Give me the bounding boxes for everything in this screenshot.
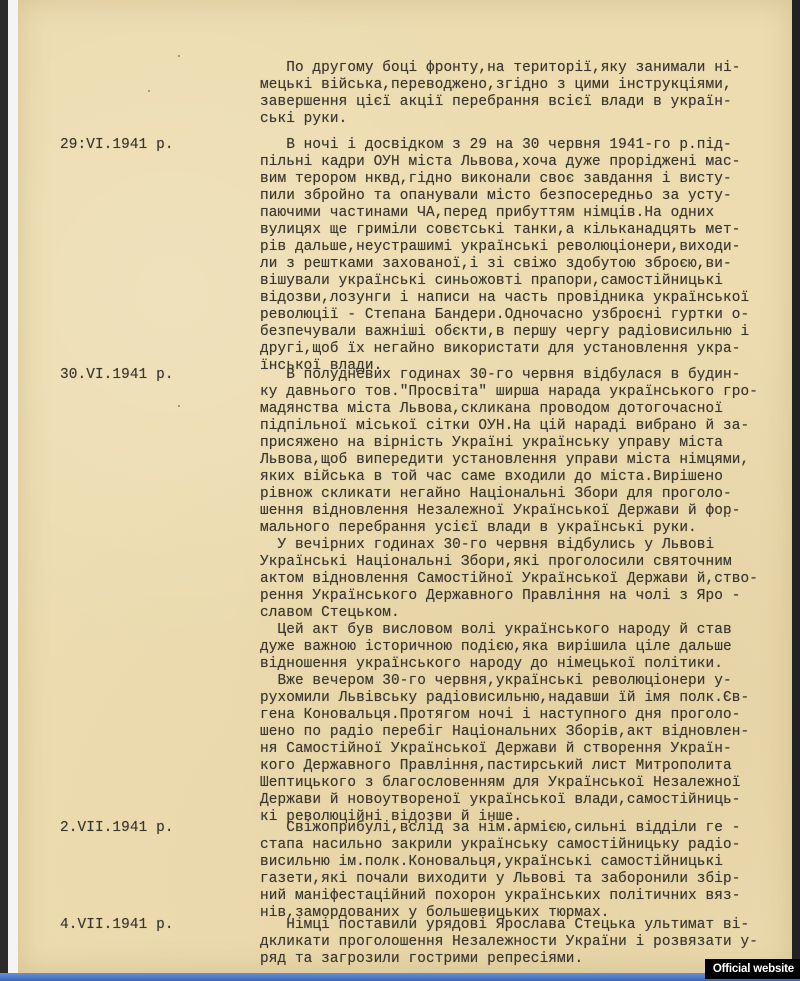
text-line: стапа насильно закрили українську самост… [260,837,790,854]
left-frame-border [0,0,8,975]
text-line: шено по радіо перебіг Національних Зборі… [260,724,790,741]
text-line: дкликати проголошення Незалежности Украї… [260,934,790,951]
text-line: ські руки. [260,111,785,128]
text-line: гена Коновальця.Протягом ночі і наступно… [260,707,790,724]
text-line: дуже важною історичною подією,яка виріши… [260,639,790,656]
entry-text: Свіжоприбулі,вслід за нім.армією,сильні … [260,820,790,922]
text-line: Львова,щоб випередити установлення управ… [260,452,790,469]
scanned-document-page: По другому боці фронту,на території,яку … [18,0,792,973]
text-line: газети,які почали виходити у Львові та з… [260,871,790,888]
intro-paragraph: По другому боці фронту,на території,яку … [260,60,785,128]
text-line: славом Стецьком. [260,605,790,622]
text-line: рухомили Львівську радіовисильню,надавши… [260,690,790,707]
text-line: ня Самостійної Української Держави й ств… [260,741,790,758]
text-line: ли з рештками захованої,і зі свіжо здобу… [260,256,790,273]
text-line: другі,щоб їх негайно використати для уст… [260,341,790,358]
text-line: революції - Степана Бандери.Одночасно уз… [260,307,790,324]
text-line: вулицях ще гриміли совєтські танки,а кіл… [260,222,790,239]
text-line: присяжено на вірність Україні українську… [260,435,790,452]
text-line: яких війська в той час саме входили до м… [260,469,790,486]
text-line: паючими частинами ЧА,перед прибуттям нім… [260,205,790,222]
text-line: завершення цієї акції перебрання всієї в… [260,94,785,111]
text-line: Вже вечером 30-го червня,українські рево… [260,673,790,690]
text-line: У вечірних годинах 30-го червня відбулис… [260,537,790,554]
document-viewer: По другому боці фронту,на території,яку … [0,0,800,981]
text-line: кого Державного Правління,пастирський ли… [260,758,790,775]
text-line: відозви,лозунги і написи на часть провід… [260,290,790,307]
text-line: Шептицького з благословенням для Українс… [260,775,790,792]
text-line: Українські Національні Збори,які проголо… [260,554,790,571]
text-line: Німці поставили урядові Ярослава Стецька… [260,917,790,934]
entry-text: В ночі і досвідком з 29 на 30 червня 194… [260,137,790,375]
text-line: пільні кадри ОУН міста Львова,хоча дуже … [260,154,790,171]
viewer-bottom-bar [0,973,800,981]
text-line: актом відновлення Самостійної Українсько… [260,571,790,588]
text-line: рення Українського Державного Правління … [260,588,790,605]
text-line: вим терором нквд,гідно виконали своє зав… [260,171,790,188]
text-line: безпечували важніші обєкти,в першу чергу… [260,324,790,341]
left-frame-highlight [8,0,18,975]
official-website-link[interactable]: Official website [705,959,800,979]
paper-speck [178,55,180,57]
text-line: рів дальше,неустрашимі українські револю… [260,239,790,256]
right-frame-border [792,0,800,975]
text-line: мадянства міста Львова,скликана проводом… [260,401,790,418]
entry-date: 2.VII.1941 р. [60,820,174,837]
text-line: висильню ім.полк.Коновальця,українські с… [260,854,790,871]
text-line: рівнож скликати негайно Національні Збор… [260,486,790,503]
text-line: ку давнього тов."Просвіта" ширша нарада … [260,384,790,401]
text-line: ний маніфестаційний похорон українських … [260,888,790,905]
text-line: вішували українські синьожовті прапори,с… [260,273,790,290]
paper-speck [148,90,150,92]
text-line: мецькі війська,переводжено,згідно з цими… [260,77,785,94]
entry-text: В полудневих годинах 30-го червня відбул… [260,367,790,826]
text-line: мального перебрання усієї влади в україн… [260,520,790,537]
text-line: Цей акт був висловом волі українського н… [260,622,790,639]
text-line: Держави й новоутвореної української влад… [260,792,790,809]
entry-date: 29:VI.1941 р. [60,137,174,154]
text-line: шення відновлення Незалежної Української… [260,503,790,520]
text-line: В ночі і досвідком з 29 на 30 червня 194… [260,137,790,154]
text-line: По другому боці фронту,на території,яку … [260,60,785,77]
text-line: пили збройно та опанували місто безпосер… [260,188,790,205]
entry-date: 30.VI.1941 р. [60,367,174,384]
paper-speck [178,405,180,407]
text-line: відношення українського народу до німець… [260,656,790,673]
text-line: підпільної міської сітки ОУН.На цій нара… [260,418,790,435]
text-line: Свіжоприбулі,вслід за нім.армією,сильні … [260,820,790,837]
text-line: В полудневих годинах 30-го червня відбул… [260,367,790,384]
entry-date: 4.VII.1941 р. [60,917,174,934]
